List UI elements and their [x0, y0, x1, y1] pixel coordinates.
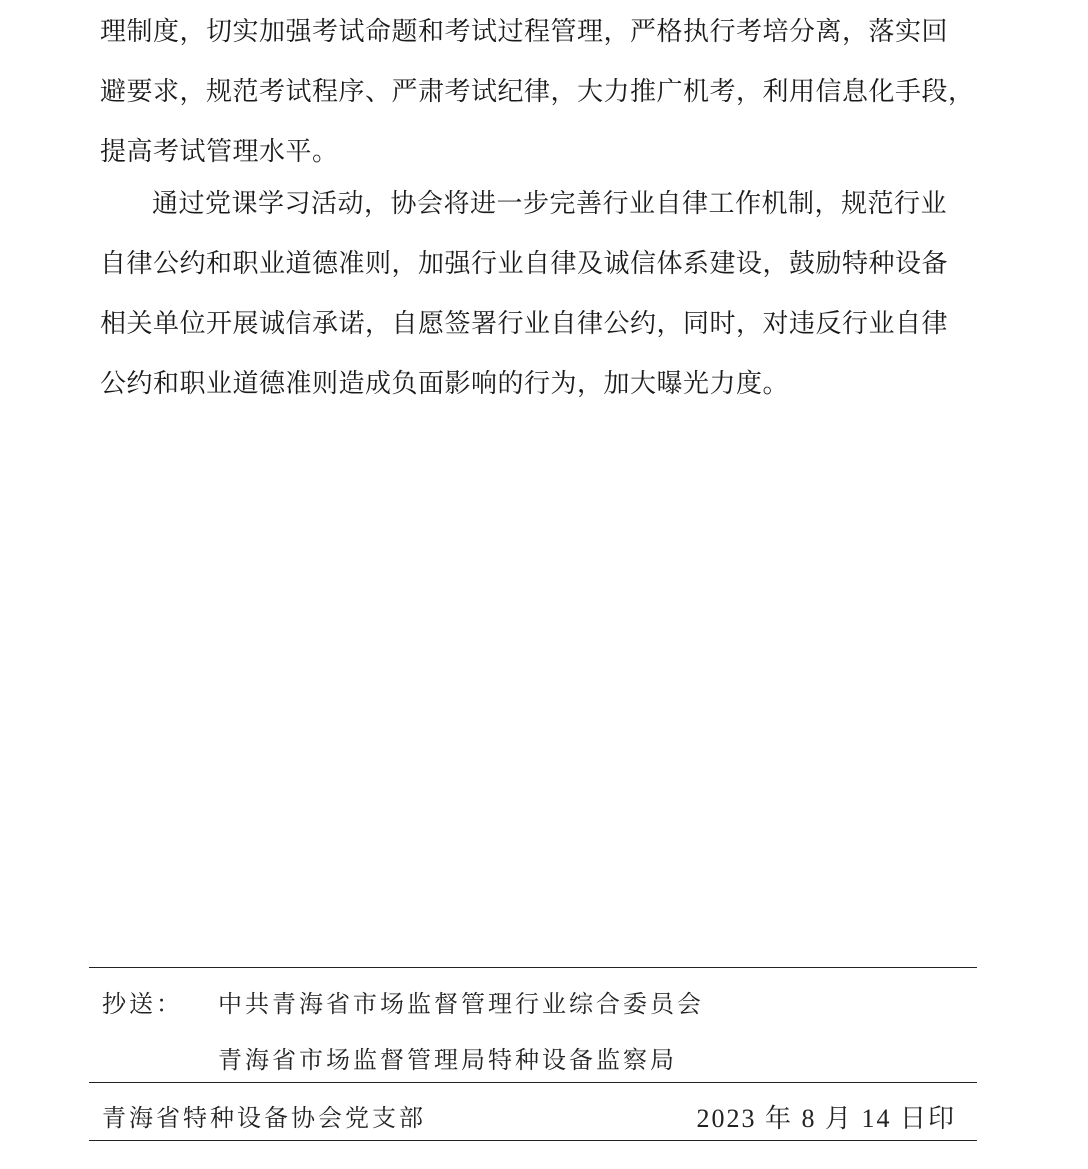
issuer-name: 青海省特种设备协会党支部	[102, 1098, 426, 1133]
paragraph-1: 理制度，切实加强考试命题和考试过程管理，严格执行考培分离，落实回 避要求，规范考…	[100, 2, 992, 182]
text-line: 避要求，规范考试程序、严肃考试纪律，大力推广机考，利用信息化手段，	[100, 62, 992, 122]
cc-recipient: 青海省市场监督管理局特种设备监察局	[218, 1040, 677, 1075]
text-line: 通过党课学习活动，协会将进一步完善行业自律工作机制，规范行业	[100, 174, 992, 234]
footer-middle-rule	[89, 1082, 977, 1083]
footer-bottom-rule	[89, 1140, 977, 1141]
paragraph-2: 通过党课学习活动，协会将进一步完善行业自律工作机制，规范行业 自律公约和职业道德…	[100, 174, 992, 414]
text-line: 相关单位开展诚信承诺，自愿签署行业自律公约，同时，对违反行业自律	[100, 294, 992, 354]
cc-label: 抄送：	[102, 984, 183, 1019]
text-line: 自律公约和职业道德准则，加强行业自律及诚信体系建设，鼓励特种设备	[100, 234, 992, 294]
text-line: 提高考试管理水平。	[100, 122, 992, 182]
footer-top-rule	[89, 967, 977, 968]
print-date: 2023 年 8 月 14 日印	[696, 1098, 956, 1135]
text-line: 理制度，切实加强考试命题和考试过程管理，严格执行考培分离，落实回	[100, 2, 992, 62]
text-line: 公约和职业道德准则造成负面影响的行为，加大曝光力度。	[100, 354, 992, 414]
cc-recipient: 中共青海省市场监督管理行业综合委员会	[218, 984, 704, 1019]
